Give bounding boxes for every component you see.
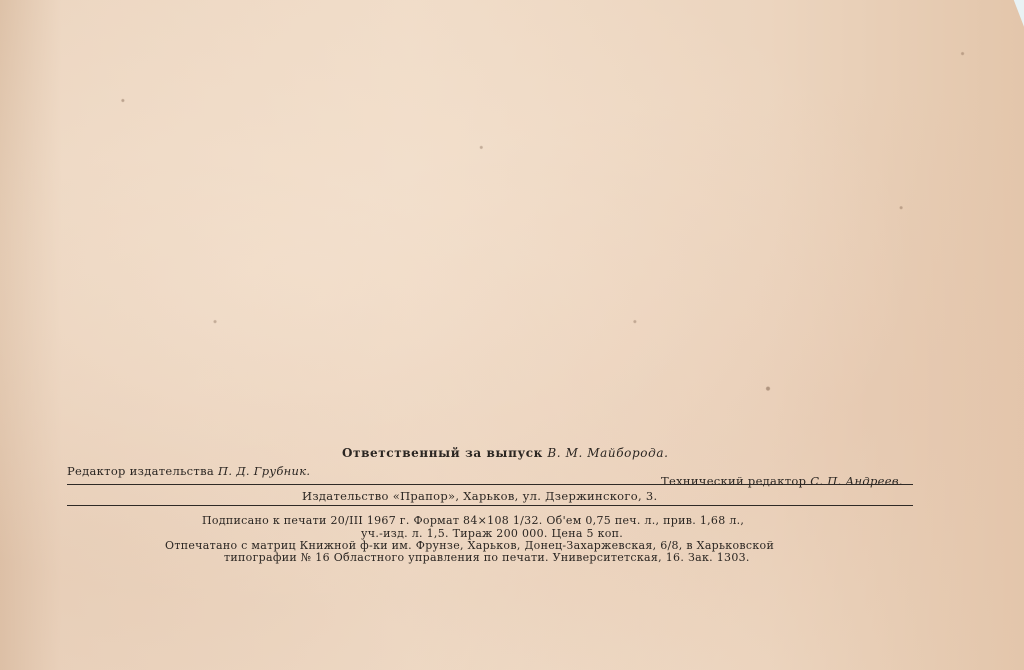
technical-editor: Технический редактор С. П. Андреев. <box>661 474 903 488</box>
tech-editor-name: С. П. Андреев. <box>810 474 903 488</box>
responsible-name: В. М. Майборода. <box>547 446 668 460</box>
imprint-block: Ответственный за выпуск В. М. Майборода.… <box>0 0 1024 670</box>
divider-top <box>67 484 913 485</box>
responsible-person: Ответственный за выпуск В. М. Майборода. <box>342 446 669 460</box>
editor-label: Редактор издательства <box>67 464 214 478</box>
divider-bottom <box>67 505 913 506</box>
tech-editor-label: Технический редактор <box>661 474 806 488</box>
publishing-editor: Редактор издательства П. Д. Грубник. <box>67 464 310 478</box>
signed-to-print-line-1: Подписано к печати 20/III 1967 г. Формат… <box>202 514 744 527</box>
responsible-label: Ответственный за выпуск <box>342 446 543 460</box>
editor-name: П. Д. Грубник. <box>218 464 310 478</box>
printed-by-line-2: типографии № 16 Областного управления по… <box>224 551 750 564</box>
publisher-address: Издательство «Прапор», Харьков, ул. Дзер… <box>302 489 657 503</box>
